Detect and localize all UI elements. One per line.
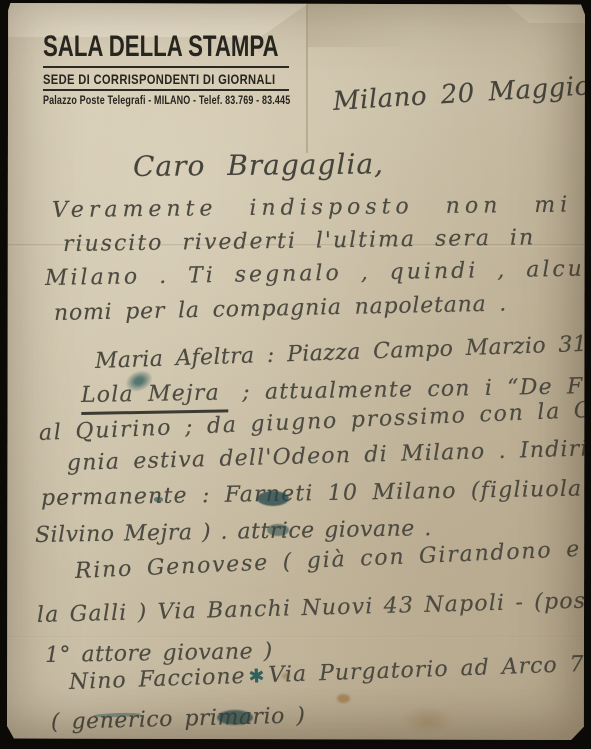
letterhead-address: Palazzo Poste Telegrafi - MILANO - Telef… <box>43 96 238 108</box>
line-text: Via Purgatorio ad Arco 7 Napoli <box>268 649 591 688</box>
letterhead-rule <box>43 89 289 91</box>
brown-stain <box>402 706 454 734</box>
letter-line: nomi per la compagnia napoletana . <box>54 294 508 325</box>
letter-line-maria-afeltra: Maria Afeltra : Piazza Campo Marzio 31 R… <box>95 331 591 373</box>
letter-line: gnia estiva dell'Odeon di Milano . Indir… <box>67 437 591 475</box>
horizontal-fold-crease <box>7 636 585 638</box>
letter-line: Veramente indisposto non mi è <box>52 194 591 222</box>
letter-line: riuscito rivederti l'ultima sera in <box>63 227 535 256</box>
line-text: Nino Faccione <box>69 664 246 695</box>
paper-corner-highlight <box>505 3 585 23</box>
underlined-name: Lola Mejra <box>81 380 229 415</box>
letter-line: ( generico primario ) <box>51 705 306 734</box>
salutation: Caro Bragaglia, <box>133 150 384 181</box>
vertical-fold-crease <box>306 3 308 153</box>
letter-line: permanente : Farneti 10 Milano (figliuol… <box>41 478 591 510</box>
date-line: Milano 20 Maggio XX <box>332 70 591 115</box>
brown-stain <box>337 694 350 703</box>
letter-line: la Galli ) Via Banchi Nuovi 43 Napoli - … <box>37 589 591 627</box>
letter-paper: SALA DELLA STAMPA SEDE DI CORRISPONDENTI… <box>7 3 585 740</box>
letterhead-rule <box>43 66 289 68</box>
letter-line: Silvino Mejra ) . attrice giovane . <box>35 518 432 547</box>
letterhead-subtitle: SEDE DI CORRISPONDENTI DI GIORNALI <box>43 72 243 86</box>
letter-line: Milano . Ti segnalo , quindi , alcuni <box>45 258 591 290</box>
letterhead: SALA DELLA STAMPA SEDE DI CORRISPONDENTI… <box>43 32 293 108</box>
asterisk-ink-mark: ✱ <box>245 665 269 688</box>
vertical-fold-shadow <box>308 3 418 47</box>
letterhead-title: SALA DELLA STAMPA <box>43 32 228 62</box>
